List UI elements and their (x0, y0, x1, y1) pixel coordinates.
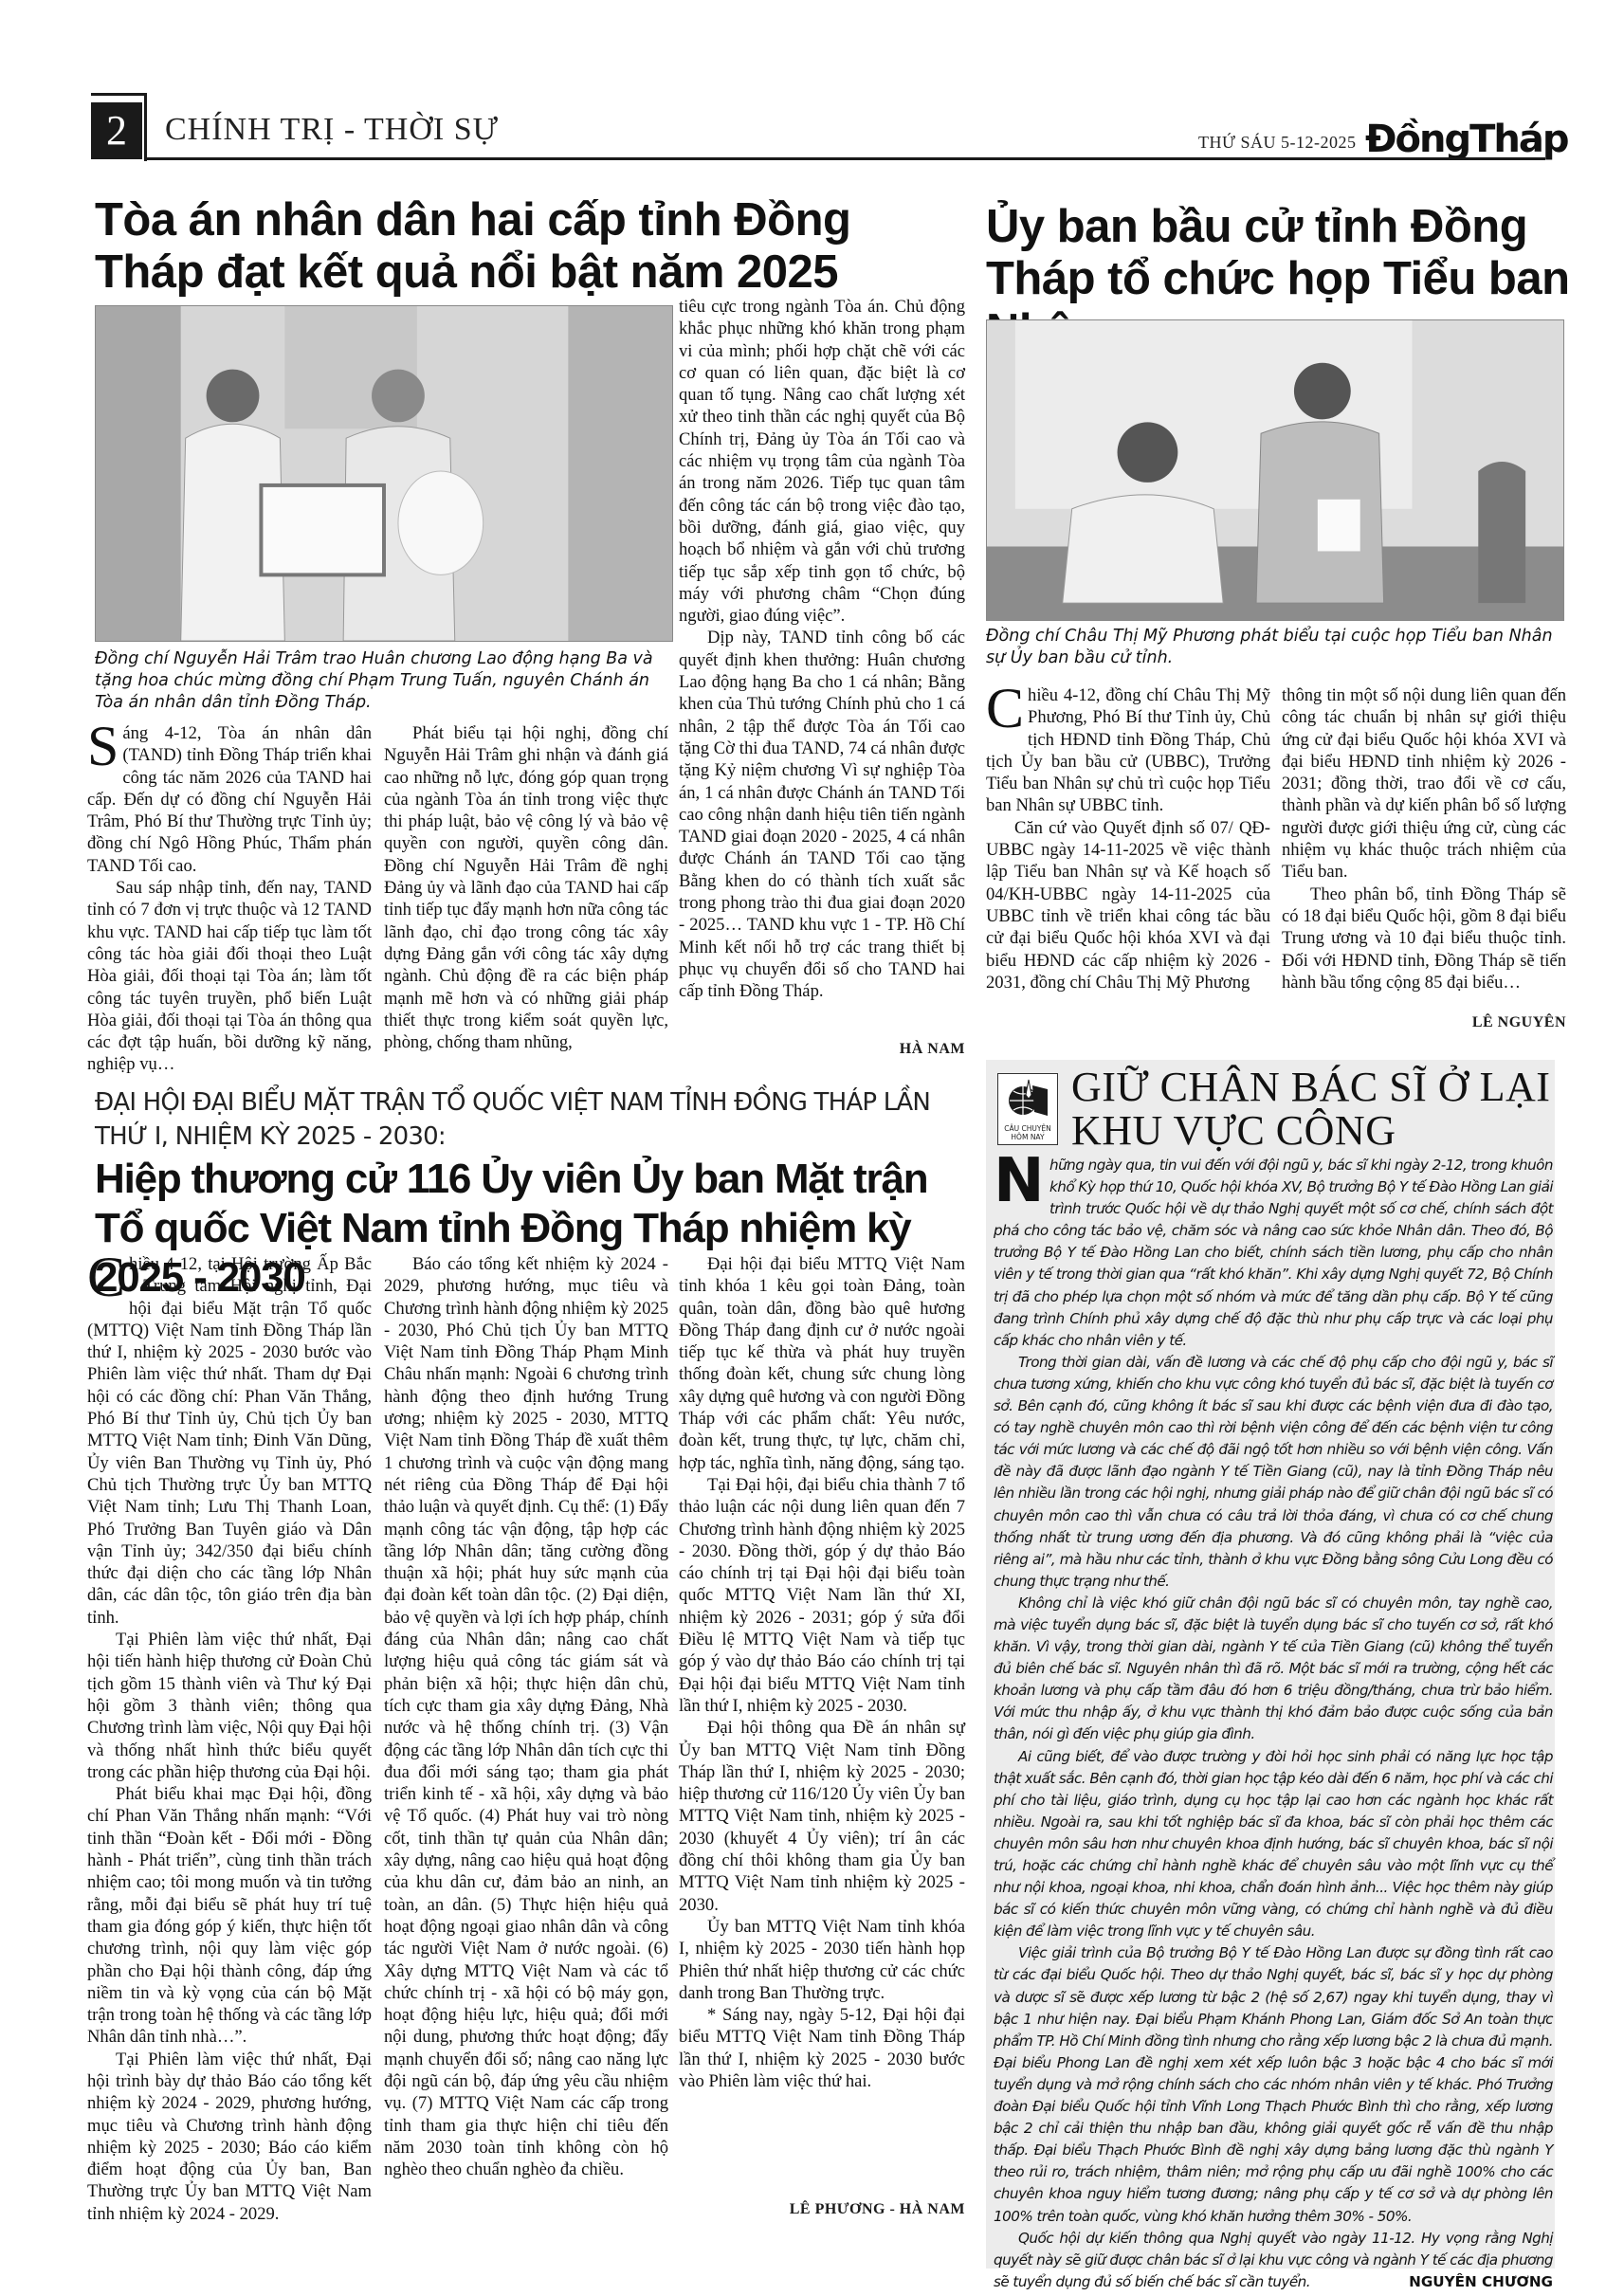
article-3-column-2: Báo cáo tổng kết nhiệm kỳ 2024 - 2029, p… (384, 1253, 668, 2180)
paragraph: Phát biểu khai mạc Đại hội, đồng chí Pha… (87, 1783, 372, 2049)
article-2-column-2: thông tin một số nội dung liên quan đến … (1282, 684, 1566, 993)
paragraph: Ủy ban MTTQ Việt Nam tỉnh khóa I, nhiệm … (679, 1916, 965, 2004)
paragraph: Theo phân bổ, tỉnh Đồng Tháp sẽ có 18 đạ… (1282, 884, 1566, 993)
paragraph: Báo cáo tổng kết nhiệm kỳ 2024 - 2029, p… (384, 1253, 668, 2180)
paragraph: Phát biểu tại hội nghị, đồng chí Nguyễn … (384, 722, 668, 1053)
globe-pen-book-icon (1008, 1078, 1049, 1121)
newspaper-logo: ĐồngTháp (1365, 118, 1568, 161)
article-1-byline: HÀ NAM (679, 1041, 965, 1058)
article-2-byline: LÊ NGUYÊN (1282, 1014, 1566, 1031)
header-bottom-rule (144, 157, 1545, 160)
article-3-column-3: Đại hội đại biểu MTTQ Việt Nam tỉnh khóa… (679, 1253, 965, 2092)
paragraph: Trong thời gian dài, vấn đề lương và các… (994, 1352, 1553, 1593)
article-3-byline: LÊ PHƯƠNG - HÀ NAM (679, 2201, 965, 2218)
paragraph: Sau sáp nhập tỉnh, đến nay, TAND tỉnh có… (87, 877, 372, 1076)
paragraph: Ai cũng biết, để vào được trường y đòi h… (994, 1746, 1553, 1943)
article-1-column-1: Sáng 4-12, Tòa án nhân dân (TAND) tỉnh Đ… (87, 722, 372, 1076)
editorial-body: Những ngày qua, tin vui đến với đội ngũ … (994, 1155, 1553, 2293)
article-1-photo-caption: Đồng chí Nguyễn Hải Trâm trao Huân chươn… (95, 648, 673, 713)
badge-label: CÂU CHUYỆN HÔM NAY (998, 1124, 1057, 1141)
paragraph: Đại hội thông qua Đề án nhân sự Ủy ban M… (679, 1717, 965, 1916)
paragraph: Dịp này, TAND tỉnh công bố các quyết địn… (679, 627, 965, 1002)
section-title: CHÍNH TRỊ - THỜI SỰ (165, 112, 499, 148)
article-3-column-1: Chiều 4-12, tại Hội trường Ấp Bắc - Trun… (87, 1253, 372, 2225)
article-3-kicker: ĐẠI HỘI ĐẠI BIỂU MẶT TRẬN TỔ QUỐC VIỆT N… (95, 1085, 976, 1154)
paragraph: thông tin một số nội dung liên quan đến … (1282, 684, 1566, 884)
drop-cap: C (986, 686, 1024, 730)
editorial-byline: NGUYÊN CHƯƠNG (1384, 2271, 1553, 2293)
header-vertical-rule (144, 93, 147, 161)
paragraph: Đại hội đại biểu MTTQ Việt Nam tỉnh khóa… (679, 1253, 965, 1474)
paragraph: tiêu cực trong ngành Tòa án. Chủ động kh… (679, 296, 965, 627)
paragraph: Việc giải trình của Bộ trưởng Bộ Y tế Đà… (994, 1942, 1553, 2227)
issue-date: THỨ SÁU 5-12-2025 (1198, 133, 1356, 153)
header-top-rule (91, 93, 146, 96)
paragraph: Căn cứ vào Quyết định số 07/ QĐ-UBBC ngà… (986, 817, 1270, 993)
editorial-badge: CÂU CHUYỆN HÔM NAY (997, 1073, 1058, 1145)
article-1-headline: Tòa án nhân dân hai cấp tỉnh Đồng Tháp đ… (95, 194, 948, 299)
page-number: 2 (91, 102, 142, 159)
paragraph: * Sáng nay, ngày 5-12, Đại hội đại biểu … (679, 2004, 965, 2092)
article-2-column-1: Chiều 4-12, đồng chí Châu Thị Mỹ Phương,… (986, 684, 1270, 993)
article-2-photo-caption: Đồng chí Châu Thị Mỹ Phương phát biểu tạ… (986, 626, 1564, 669)
drop-cap: S (87, 724, 119, 768)
paragraph: Tại Phiên làm việc thứ nhất, Đại hội trì… (87, 2049, 372, 2225)
article-1-column-2: Phát biểu tại hội nghị, đồng chí Nguyễn … (384, 722, 668, 1053)
article-2-photo (986, 319, 1564, 621)
drop-cap: N (994, 1157, 1044, 1206)
editorial-title: GIỮ CHÂN BÁC SĨ Ở LẠI KHU VỰC CÔNG (1071, 1066, 1564, 1153)
article-1-photo (95, 305, 673, 642)
paragraph: Không chỉ là việc khó giữ chân đội ngũ b… (994, 1593, 1553, 1746)
paragraph: Tại Đại hội, đại biểu chia thành 7 tổ th… (679, 1474, 965, 1717)
meeting-photo-icon (987, 320, 1563, 620)
article-1-column-3: tiêu cực trong ngành Tòa án. Chủ động kh… (679, 296, 965, 1003)
award-ceremony-photo-icon (96, 306, 672, 641)
paragraph: Tại Phiên làm việc thứ nhất, Đại hội tiế… (87, 1629, 372, 1783)
drop-cap: C (87, 1255, 125, 1299)
